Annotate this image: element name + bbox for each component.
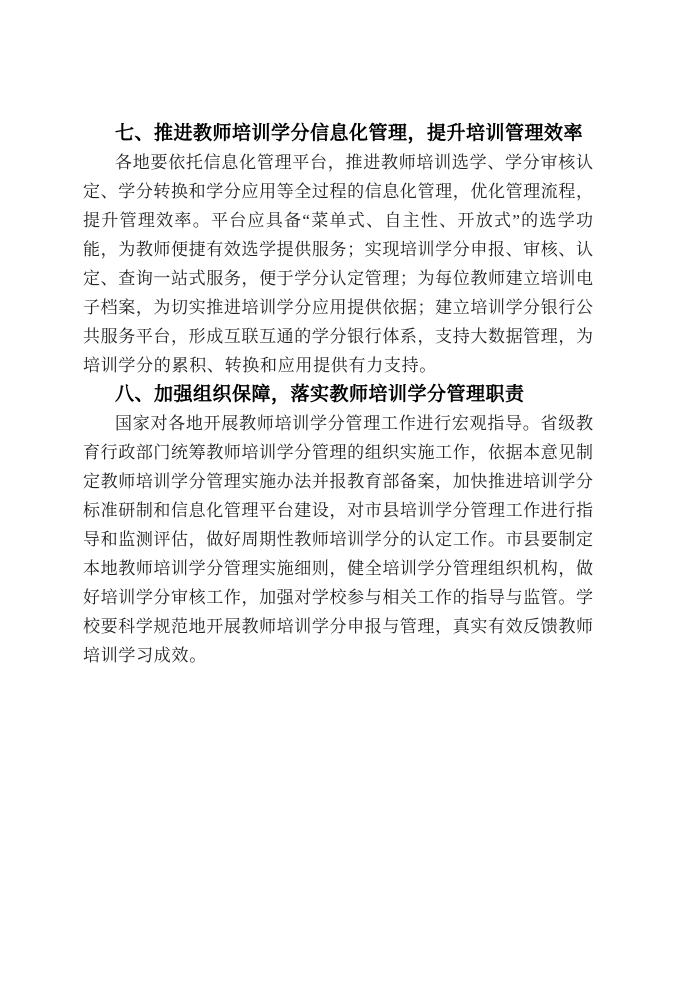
document-text-block: 七、推进教师培训学分信息化管理，提升培训管理效率 各地要依托信息化管理平台，推进… [83,119,593,670]
text-line: 导和监测评估，做好周期性教师培训学分的认定工作。市县要制定 [83,525,593,554]
text-line: 培训学习成效。 [83,641,593,670]
text-line: 定、查询一站式服务，便于学分认定管理；为每位教师建立培训电 [83,264,593,293]
text-line: 校要科学规范地开展教师培训学分申报与管理，真实有效反馈教师 [83,612,593,641]
text-line: 本地教师培训学分管理实施细则，健全培训学分管理组织机构，做 [83,554,593,583]
text-line: 育行政部门统筹教师培训学分管理的组织实施工作，依据本意见制 [83,438,593,467]
text-line: 国家对各地开展教师培训学分管理工作进行宏观指导。省级教 [83,409,593,438]
text-line: 定、学分转换和学分应用等全过程的信息化管理，优化管理流程， [83,177,593,206]
section-8-heading: 八、加强组织保障，落实教师培训学分管理职责 [83,380,593,409]
text-line: 定教师培训学分管理实施办法并报教育部备案，加快推进培训学分 [83,467,593,496]
text-line: 子档案，为切实推进培训学分应用提供依据；建立培训学分银行公 [83,293,593,322]
text-line: 共服务平台，形成互联互通的学分银行体系，支持大数据管理，为 [83,322,593,351]
section-8: 八、加强组织保障，落实教师培训学分管理职责 国家对各地开展教师培训学分管理工作进… [83,380,593,670]
text-line: 标准研制和信息化管理平台建设，对市县培训学分管理工作进行指 [83,496,593,525]
text-line: 各地要依托信息化管理平台，推进教师培训选学、学分审核认 [83,148,593,177]
section-7-heading: 七、推进教师培训学分信息化管理，提升培训管理效率 [83,119,593,148]
text-line: 培训学分的累积、转换和应用提供有力支持。 [83,351,593,380]
text-line: 能，为教师便捷有效选学提供服务；实现培训学分申报、审核、认 [83,235,593,264]
text-line: 提升管理效率。平台应具备“菜单式、自主性、开放式”的选学功 [83,206,593,235]
document-page: 七、推进教师培训学分信息化管理，提升培训管理效率 各地要依托信息化管理平台，推进… [0,0,700,993]
text-line: 好培训学分审核工作，加强对学校参与相关工作的指导与监管。学 [83,583,593,612]
section-7: 七、推进教师培训学分信息化管理，提升培训管理效率 各地要依托信息化管理平台，推进… [83,119,593,380]
